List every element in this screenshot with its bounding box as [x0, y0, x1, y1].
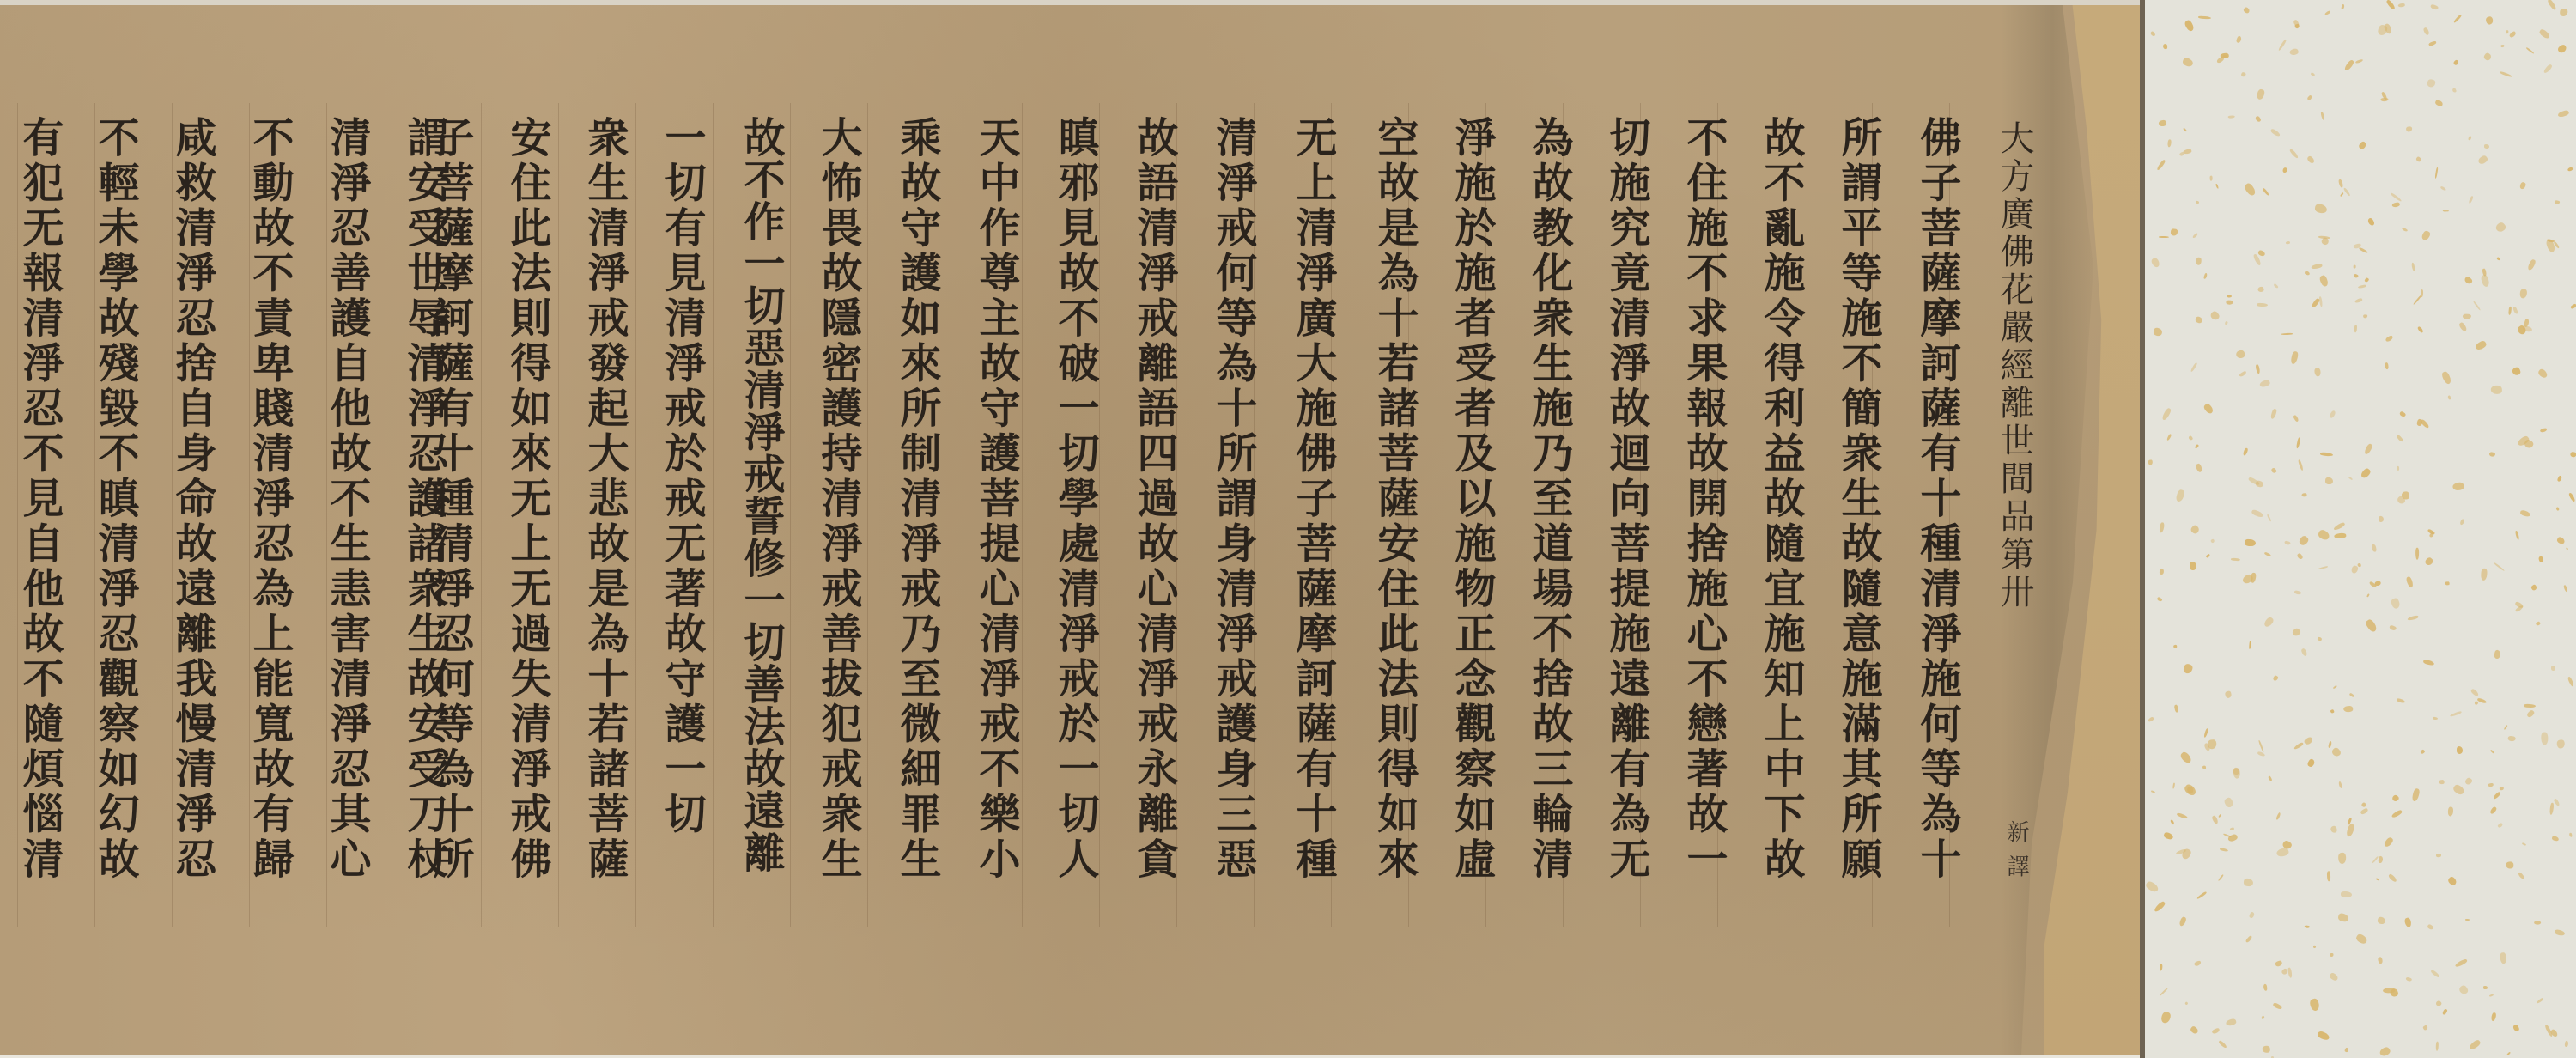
- gold-fleck: [2358, 563, 2361, 568]
- gold-fleck: [2500, 952, 2507, 964]
- gold-fleck: [2225, 1018, 2237, 1026]
- gold-fleck: [2427, 78, 2436, 87]
- gold-fleck: [2289, 149, 2300, 160]
- ruled-line: [790, 103, 791, 927]
- gold-fleck: [2340, 192, 2344, 197]
- gold-fleck: [2275, 847, 2289, 858]
- gold-fleck: [2506, 30, 2508, 33]
- gold-fleck: [2256, 363, 2261, 374]
- gold-fleck: [2328, 741, 2332, 749]
- gold-fleck: [2296, 552, 2303, 560]
- gold-fleck: [2417, 326, 2424, 333]
- gold-fleck: [2537, 998, 2544, 1004]
- text-column: 謂安受世辱清淨忍護諸衆生故安受刀杖: [404, 116, 445, 883]
- gold-fleck: [2341, 3, 2345, 9]
- gold-fleck: [2345, 1048, 2349, 1053]
- gold-fleck: [2420, 749, 2425, 754]
- gold-fleck: [2460, 519, 2465, 526]
- gold-fleck: [2385, 362, 2389, 370]
- gold-fleck: [2521, 842, 2525, 846]
- gold-fleck: [2448, 396, 2451, 400]
- gold-fleck: [2297, 534, 2309, 547]
- gold-fleck: [2428, 40, 2437, 46]
- gold-fleck: [2519, 181, 2526, 189]
- gold-fleck: [2547, 0, 2557, 11]
- gold-fleck: [2391, 598, 2401, 610]
- gold-fleck: [2329, 410, 2336, 419]
- text-column: 不住施不求果報故開捨施心不戀著故一: [1683, 116, 1724, 883]
- gold-fleck: [2196, 316, 2203, 324]
- gold-fleck: [2317, 1030, 2330, 1040]
- gold-fleck: [2446, 875, 2458, 886]
- gold-fleck: [2378, 24, 2389, 36]
- gold-fleck: [2168, 140, 2172, 148]
- gold-fleck: [2202, 766, 2206, 769]
- gold-fleck: [2298, 459, 2304, 471]
- gold-fleck: [2160, 1012, 2172, 1025]
- gold-fleck: [2263, 552, 2271, 557]
- text-column: 大怖畏故隱密護持清淨戒善拔犯戒衆生: [817, 116, 859, 883]
- gold-fleck: [2190, 524, 2200, 534]
- gold-fleck: [2508, 30, 2516, 37]
- gold-fleck: [2515, 531, 2520, 541]
- text-column: 天中作尊主故守護菩提心清淨戒不樂小: [975, 116, 1017, 883]
- gold-fleck: [2156, 596, 2162, 602]
- gold-fleck: [2364, 277, 2369, 282]
- gold-fleck: [2457, 746, 2464, 754]
- gold-fleck: [2198, 15, 2211, 19]
- gold-fleck: [2334, 533, 2347, 540]
- gold-fleck: [2270, 408, 2278, 419]
- gold-fleck: [2479, 274, 2489, 288]
- gold-fleck: [2407, 126, 2413, 131]
- gold-fleck: [2345, 824, 2354, 837]
- gold-fleck: [2177, 812, 2188, 819]
- gold-fleck: [2363, 314, 2367, 318]
- gold-fleck: [2549, 803, 2554, 815]
- gold-fleck: [2555, 929, 2566, 936]
- gold-fleck: [2182, 57, 2195, 68]
- gold-fleck: [2172, 782, 2175, 788]
- text-column: 故不作一切惡清淨戒誓修一切善法故遠離: [740, 116, 781, 873]
- gold-fleck: [2226, 300, 2233, 304]
- text-column: 故語清淨戒離語四過故心清淨戒永離貪: [1133, 116, 1175, 883]
- gold-fleck: [2464, 776, 2473, 786]
- gold-fleck: [2163, 831, 2174, 840]
- gold-fleck: [2271, 467, 2277, 473]
- gold-fleck: [2211, 1028, 2220, 1035]
- gold-fleck: [2263, 984, 2267, 991]
- gold-fleck: [2324, 10, 2331, 15]
- gold-fleck: [2257, 88, 2265, 100]
- gold-fleck: [2405, 576, 2414, 588]
- gold-fleck: [2183, 128, 2187, 132]
- gold-fleck: [2439, 780, 2445, 785]
- gold-fleck: [2398, 3, 2405, 8]
- gold-fleck: [2489, 806, 2497, 815]
- gold-fleck: [2195, 444, 2199, 449]
- gold-fleck: [2404, 917, 2413, 928]
- gold-fleck: [2452, 14, 2461, 23]
- gold-fleck: [2463, 314, 2471, 320]
- gold-fleck: [2206, 553, 2211, 557]
- gold-fleck: [2389, 624, 2397, 631]
- gold-fleck: [2230, 827, 2235, 830]
- gold-fleck: [2422, 27, 2430, 36]
- gold-fleck: [2294, 590, 2302, 595]
- gold-fleck: [2311, 298, 2320, 309]
- gold-fleck: [2518, 871, 2525, 879]
- gold-fleck: [2364, 443, 2373, 455]
- gold-fleck: [2411, 262, 2415, 271]
- gold-fleck: [2526, 47, 2535, 55]
- gold-fleck: [2475, 339, 2488, 351]
- gold-fleck: [2475, 702, 2478, 705]
- gold-fleck: [2390, 192, 2402, 202]
- gold-fleck: [2236, 35, 2243, 43]
- gold-fleck: [2556, 739, 2566, 749]
- gold-fleck: [2512, 306, 2518, 314]
- gold-fleck: [2333, 685, 2337, 690]
- ruled-line: [635, 103, 636, 927]
- gold-fleck: [2192, 233, 2199, 239]
- gold-fleck: [2203, 273, 2208, 280]
- gold-fleck: [2384, 836, 2395, 848]
- gold-fleck: [2485, 15, 2494, 25]
- gold-fleck: [2255, 115, 2262, 123]
- gold-fleck: [2313, 367, 2321, 377]
- gold-fleck: [2445, 581, 2450, 585]
- gold-fleck: [2195, 463, 2202, 473]
- sutra-title: 大方廣佛花嚴經離世間品第卅: [1990, 120, 2039, 611]
- gold-fleck: [2326, 871, 2330, 881]
- gold-fleck: [2190, 1025, 2200, 1035]
- gold-fleck: [2468, 136, 2472, 140]
- gold-fleck: [2317, 528, 2330, 540]
- gold-fleck: [2311, 72, 2316, 76]
- gold-fleck: [2160, 569, 2165, 575]
- gold-fleck: [2343, 706, 2354, 713]
- text-column: 咸救清淨忍捨自身命故遠離我慢清淨忍: [172, 116, 213, 883]
- gold-fleck: [2202, 403, 2215, 416]
- gold-fleck: [2506, 860, 2514, 868]
- gold-fleck: [2296, 437, 2301, 448]
- gold-fleck: [2433, 716, 2439, 720]
- gold-fleck: [2266, 514, 2271, 521]
- gold-fleck: [2483, 986, 2488, 988]
- gold-fleck: [2304, 925, 2310, 928]
- gold-fleck: [2570, 452, 2576, 458]
- gold-fleck: [2286, 240, 2291, 244]
- gold-fleck: [2540, 428, 2548, 433]
- gold-fleck: [2306, 758, 2316, 769]
- gold-fleck: [2451, 482, 2464, 491]
- gold-fleck: [2318, 274, 2329, 287]
- text-column: 一切有見清淨戒於戒无著故守護一切: [661, 116, 702, 837]
- gold-fleck: [2319, 296, 2323, 307]
- gold-fleck: [2145, 880, 2160, 893]
- gold-fleck: [2535, 621, 2541, 626]
- gold-fleck: [2337, 179, 2343, 189]
- gold-fleck: [2423, 556, 2433, 566]
- gold-fleck: [2415, 548, 2419, 560]
- ruled-line: [481, 103, 482, 927]
- gold-fleck: [2160, 522, 2165, 532]
- gold-fleck: [2257, 751, 2266, 757]
- text-column: 清淨戒何等為十所謂身清淨戒護身三惡: [1212, 116, 1254, 883]
- gold-fleck: [2397, 698, 2405, 703]
- gold-fleck: [2473, 301, 2482, 312]
- gold-fleck: [2556, 507, 2560, 510]
- text-column: 淨施於施者受者及以施物正念觀察如虛: [1451, 116, 1492, 883]
- gold-fleck: [2508, 307, 2512, 315]
- text-column: 乘故守護如來所制清淨戒乃至微細罪生: [896, 116, 938, 883]
- gold-fleck: [2263, 188, 2269, 196]
- text-column: 不動故不責卑賤清淨忍為上能寬故有歸: [249, 116, 290, 883]
- gold-fleck: [2464, 275, 2474, 284]
- gold-fleck: [2272, 675, 2279, 682]
- gold-fleck: [2243, 182, 2257, 197]
- gold-fleck: [2557, 475, 2563, 482]
- gold-fleck: [2555, 200, 2560, 204]
- gold-fleck: [2401, 227, 2407, 232]
- gold-fleck: [2489, 994, 2494, 997]
- gold-fleck: [2268, 776, 2272, 782]
- gold-fleck: [2170, 228, 2178, 235]
- gold-fleck: [2386, 0, 2397, 10]
- gold-fleck: [2441, 370, 2452, 385]
- gold-fleck: [2249, 912, 2255, 919]
- text-column: 不輕未學故殘毀不瞋清淨忍觀察如幻故: [94, 116, 136, 883]
- gold-fleck: [2227, 294, 2231, 297]
- gold-fleck: [2209, 176, 2213, 181]
- gold-fleck: [2423, 660, 2435, 666]
- text-column: 清淨忍善護自他故不生恚害清淨忍其心: [326, 116, 368, 883]
- gold-fleck: [2312, 263, 2323, 270]
- gold-fleck: [2247, 477, 2260, 486]
- gold-fleck: [2178, 915, 2186, 926]
- gold-fleck: [2569, 833, 2573, 837]
- gold-fleck: [2293, 414, 2299, 422]
- gold-fleck: [2443, 210, 2449, 212]
- gold-fleck: [2227, 833, 2239, 842]
- gold-fleck: [2420, 418, 2430, 429]
- gold-fleck: [2451, 88, 2457, 93]
- gold-fleck: [2367, 217, 2376, 227]
- gold-fleck: [2309, 998, 2320, 1012]
- gold-fleck: [2261, 1016, 2265, 1020]
- gold-fleck: [2227, 116, 2234, 119]
- gold-fleck: [2148, 717, 2154, 723]
- gold-fleck: [2270, 128, 2281, 137]
- gold-fleck: [2375, 879, 2379, 882]
- gold-fleck: [2312, 946, 2316, 949]
- gold-fleck: [2491, 386, 2502, 395]
- gold-fleck: [2504, 725, 2508, 730]
- gold-fleck: [2184, 1001, 2188, 1005]
- gold-fleck: [2163, 44, 2167, 49]
- gold-fleck: [2287, 967, 2293, 978]
- ruled-line: [1022, 103, 1023, 927]
- gold-fleck: [2210, 539, 2215, 544]
- gold-fleck: [2301, 493, 2307, 497]
- gold-fleck: [2203, 728, 2208, 738]
- gold-fleck: [2470, 689, 2480, 698]
- gold-fleck: [2355, 933, 2369, 945]
- gold-fleck: [2196, 201, 2200, 204]
- gold-fleck: [2243, 447, 2248, 455]
- gold-fleck: [2508, 736, 2517, 743]
- gold-fleck: [2151, 790, 2156, 793]
- gold-fleck: [2154, 901, 2166, 913]
- gold-fleck: [2263, 1046, 2270, 1053]
- gold-fleck: [2415, 156, 2421, 162]
- gold-fleck: [2290, 351, 2299, 365]
- gold-fleck: [2218, 873, 2224, 880]
- gold-fleck: [2371, 544, 2377, 552]
- gold-fleck: [2351, 565, 2359, 575]
- text-column: 故不亂施令得利益故隨宜施知上中下故: [1760, 116, 1801, 883]
- gold-fleck: [2454, 958, 2467, 968]
- handscroll: 大方廣佛花嚴經離世間品第卅 佛子菩薩摩訶薩有十種清淨施何等為十 所謂平等施不簡衆…: [0, 0, 2576, 1058]
- gold-fleck: [2564, 585, 2568, 593]
- gold-fleck: [2218, 1040, 2227, 1049]
- gold-fleck: [2481, 569, 2488, 581]
- gold-fleck: [2243, 879, 2253, 887]
- gold-fleck: [2188, 435, 2193, 441]
- gold-fleck: [2239, 371, 2247, 378]
- gold-fleck: [2526, 709, 2535, 718]
- gold-fleck: [2360, 807, 2368, 815]
- gold-fleck: [2278, 39, 2287, 51]
- gold-fleck: [2243, 6, 2251, 14]
- gold-fleck: [2469, 1039, 2482, 1051]
- gold-fleck: [2276, 812, 2281, 819]
- gold-fleck: [2330, 825, 2338, 833]
- margin-annotation: 新譯: [2001, 820, 2032, 889]
- gold-fleck: [2274, 283, 2279, 289]
- gold-fleck: [2320, 452, 2333, 456]
- gold-fleck: [2385, 335, 2393, 343]
- gold-fleck: [2175, 489, 2185, 503]
- gold-fleck: [2506, 1051, 2511, 1055]
- gold-fleck: [2225, 690, 2233, 698]
- gold-fleck: [2442, 1008, 2448, 1015]
- gold-fleck: [2330, 953, 2334, 958]
- gold-fleck: [2360, 467, 2372, 480]
- gold-fleck: [2551, 666, 2556, 671]
- gold-fleck: [2240, 71, 2246, 77]
- gold-fleck: [2379, 516, 2385, 523]
- gold-fleck: [2329, 972, 2339, 982]
- gold-fleck: [2161, 407, 2172, 421]
- gold-fleck: [2519, 289, 2527, 299]
- gold-fleck: [2225, 321, 2228, 325]
- ruled-line: [945, 103, 945, 927]
- gold-fleck: [2338, 781, 2342, 789]
- gold-fleck: [2534, 921, 2541, 926]
- gold-fleck: [2159, 236, 2169, 238]
- gold-fleck: [2160, 964, 2162, 970]
- gold-fleck: [2406, 976, 2413, 982]
- gold-fleck: [2511, 367, 2521, 376]
- gold-fleck: [2196, 257, 2202, 264]
- gold-fleck: [2551, 836, 2559, 842]
- gold-fleck: [2320, 112, 2324, 121]
- gold-fleck: [2568, 492, 2576, 502]
- gold-fleck: [2458, 322, 2468, 333]
- gold-fleck: [2259, 379, 2270, 388]
- gold-fleck: [2249, 640, 2251, 649]
- gold-fleck: [2553, 798, 2560, 806]
- gold-fleck: [2245, 935, 2253, 944]
- gold-fleck: [2450, 711, 2462, 718]
- gold-fleck: [2396, 435, 2403, 442]
- gold-fleck: [2491, 1012, 2497, 1022]
- gold-fleck: [2488, 783, 2493, 787]
- gold-fleck: [2330, 708, 2335, 714]
- gold-fleck: [2381, 98, 2389, 101]
- gold-fleck: [2337, 913, 2349, 923]
- gold-fleck: [2427, 923, 2434, 930]
- gold-fleck: [2564, 1041, 2568, 1048]
- text-column: 所謂平等施不簡衆生故隨意施滿其所願: [1838, 116, 1879, 883]
- gold-fleck: [2307, 95, 2313, 101]
- gold-fleck: [2174, 705, 2179, 714]
- gold-fleck: [2304, 271, 2310, 276]
- gold-fleck: [2527, 258, 2537, 271]
- gold-fleck: [2494, 222, 2507, 234]
- text-column: 佛子菩薩摩訶薩有十種清淨施何等為十: [1917, 116, 1958, 883]
- gold-fleck: [2292, 627, 2302, 637]
- gold-fleck: [2354, 264, 2356, 268]
- gold-fleck: [2314, 204, 2328, 214]
- gold-fleck: [2540, 732, 2548, 745]
- ruled-line: [713, 103, 714, 927]
- gold-fleck: [2251, 509, 2263, 519]
- gold-fleck: [2447, 807, 2453, 818]
- gold-fleck: [2325, 477, 2333, 485]
- gold-fleck: [2190, 362, 2197, 373]
- gold-fleck: [2289, 48, 2299, 56]
- gold-fleck: [2263, 617, 2275, 629]
- gold-fleck: [2148, 459, 2153, 465]
- gold-fleck: [2354, 298, 2362, 304]
- gold-fleck: [2402, 491, 2410, 500]
- gold-fleck: [2354, 325, 2358, 332]
- gold-fleck: [2284, 540, 2291, 545]
- gold-fleck: [2570, 304, 2576, 310]
- gold-fleck: [2530, 584, 2538, 591]
- gold-fleck: [2413, 295, 2422, 305]
- gold-fleck: [2422, 1025, 2428, 1031]
- gold-fleck: [2520, 509, 2532, 517]
- gold-fleck: [2170, 819, 2174, 825]
- gold-fleck: [2281, 332, 2293, 335]
- gold-fleck: [2153, 327, 2162, 337]
- gold-fleck: [2158, 119, 2166, 127]
- gold-fleck: [2430, 3, 2439, 9]
- gold-fleck: [2451, 783, 2465, 796]
- gold-fleck: [2338, 853, 2347, 865]
- gold-fleck: [2556, 536, 2566, 544]
- gold-fleck: [2490, 750, 2494, 754]
- gold-fleck: [2434, 167, 2438, 179]
- gold-fleck: [2366, 593, 2370, 597]
- ruled-line: [558, 103, 559, 927]
- gold-fleck: [2349, 693, 2355, 698]
- gold-fleck: [2358, 284, 2366, 289]
